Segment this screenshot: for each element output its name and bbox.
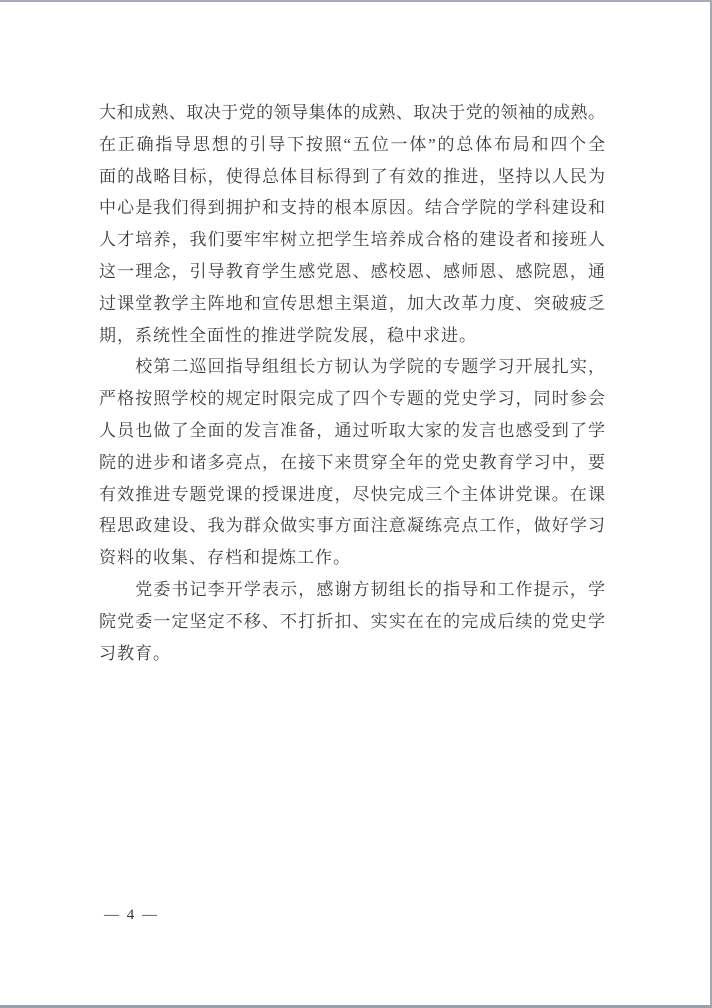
page-number: — 4 —: [104, 905, 159, 925]
text-line: 人员也做了全面的发言准备，通过听取大家的发言也感受到了学: [99, 415, 605, 447]
text-line: 过课堂教学主阵地和宣传思想主渠道，加大改革力度、突破疲乏: [99, 288, 605, 320]
text-line: 有效推进专题党课的授课进度，尽快完成三个主体讲党课。在课: [99, 479, 605, 511]
paragraph: 大和成熟、取决于党的领导集体的成熟、取决于党的领袖的成熟。 在正确指导思想的引导…: [99, 97, 605, 351]
text-line: 院党委一定坚定不移、不打折扣、实实在在的完成后续的党史学: [99, 606, 605, 638]
text-line: 人才培养，我们要牢牢树立把学生培养成合格的建设者和接班人: [99, 224, 605, 256]
text-line: 期，系统性全面性的推进学院发展，稳中求进。: [99, 320, 605, 352]
text-line: 面的战略目标，使得总体目标得到了有效的推进，坚持以人民为: [99, 161, 605, 193]
document-body: 大和成熟、取决于党的领导集体的成熟、取决于党的领袖的成熟。 在正确指导思想的引导…: [99, 97, 605, 669]
text-line: 院的进步和诸多亮点，在接下来贯穿全年的党史教育学习中，要: [99, 447, 605, 479]
text-line: 习教育。: [99, 638, 605, 670]
paragraph: 校第二巡回指导组组长方韧认为学院的专题学习开展扎实， 严格按照学校的规定时限完成…: [99, 351, 605, 574]
text-line: 校第二巡回指导组组长方韧认为学院的专题学习开展扎实，: [99, 351, 605, 383]
text-line: 资料的收集、存档和提炼工作。: [99, 542, 605, 574]
text-line: 中心是我们得到拥护和支持的根本原因。结合学院的学科建设和: [99, 192, 605, 224]
text-line: 党委书记李开学表示，感谢方韧组长的指导和工作提示，学: [99, 574, 605, 606]
text-line: 严格按照学校的规定时限完成了四个专题的党史学习，同时参会: [99, 383, 605, 415]
text-line: 在正确指导思想的引导下按照“五位一体”的总体布局和四个全: [99, 129, 605, 161]
text-line: 这一理念，引导教育学生感党恩、感校恩、感师恩、感院恩，通: [99, 256, 605, 288]
paragraph: 党委书记李开学表示，感谢方韧组长的指导和工作提示，学 院党委一定坚定不移、不打折…: [99, 574, 605, 669]
text-line: 大和成熟、取决于党的领导集体的成熟、取决于党的领袖的成熟。: [99, 97, 605, 129]
document-page: 大和成熟、取决于党的领导集体的成熟、取决于党的领袖的成熟。 在正确指导思想的引导…: [0, 0, 712, 1008]
text-line: 程思政建设、我为群众做实事方面注意凝练亮点工作，做好学习: [99, 510, 605, 542]
